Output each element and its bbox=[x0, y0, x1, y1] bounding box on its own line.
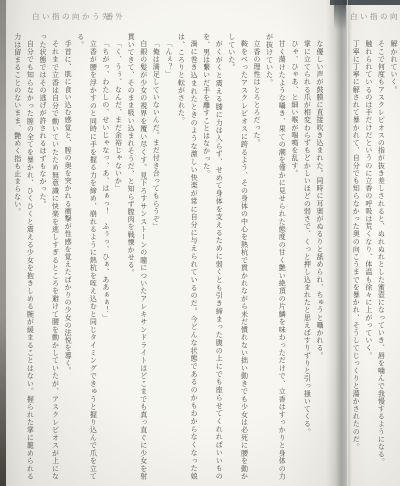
running-head-left-title: 白い指の向かう先 bbox=[32, 11, 112, 22]
gutter-highlight bbox=[347, 0, 348, 486]
running-head-right-title: 白い指の向かう先 bbox=[350, 11, 400, 22]
text-column: 「俺は満足していないんだ。まだ付き合ってもらうぞ」 bbox=[150, 33, 163, 480]
text-column: 手首に、肌に食い込む感覚と、膣の奥を突かれる衝撃が性感を覚えたばかりの少女の法悦… bbox=[62, 33, 75, 480]
text-column: 「ちがっ、わたしの、せいじゃなっ、あ、はぁっ！ ふぅっ、ひぁ、ああぁぁ！」 bbox=[99, 33, 112, 480]
running-head-left-marker: 番外 bbox=[106, 11, 124, 22]
text-column: 白銀の髪が少女の視界を覆い尽くす。見下ろすサンストーンの瞳についたアレキサンドラ… bbox=[125, 33, 150, 480]
text-column: がくがくと震える膝に力は入らず、せめて身体を支えるために弱くとも引き締まった腹の… bbox=[200, 33, 225, 480]
text-column: そこで何度もアスクレピオスの指が抜き差しされると、ぬれぬれとした蜜壺になっていき… bbox=[375, 33, 388, 480]
text-column: 立香の理性はとろとろだった。 bbox=[250, 33, 263, 480]
text-column: 甘く蕩けたような囁き、果ての潮を僅かに見せられた態度の甘く艶い絶頂の片鱗を味わっ… bbox=[263, 33, 288, 480]
text-column: ひゃ、ひゃあ、と細い喉が喘鳴を乱す。 bbox=[288, 33, 301, 480]
text-column: 鞍をべったアスクレピオスに跨るよう、その身体の中心を熱杭で貫かれながら未だ慣れな… bbox=[225, 33, 250, 480]
right-page-text: 解かれていく。そこで何度もアスクレピオスの指が抜き差しされると、ぬれぬれとした蜜… bbox=[350, 33, 400, 480]
left-page-text: な優しい声が鼓膜に直接吹き込まれた。同時に耳奥がぬるりと舐められ、ちゅうと囁かれ… bbox=[14, 33, 326, 480]
text-column: 触れられているのは手だけだというのに立香の呼吸は荒くなり、体温も徐々に上がってい… bbox=[362, 33, 375, 480]
text-column: それまで立香は自分で動いていたため無意識に快楽を逃しすぎるところを避けて腰を動か… bbox=[36, 33, 61, 480]
text-column: 渦に巻き込まれたときのような激しい快楽が常に自分に与えられているのだ。今どんな状… bbox=[175, 33, 200, 480]
text-column: 掌に立てられる爪が相変わらずもどかしいほどの弱さで、くっと押し込まれたと思えばす… bbox=[301, 33, 314, 480]
text-column: 「く、うぅ、なんだ、まだ余裕じゃないか」 bbox=[112, 33, 125, 480]
book-scan: 白い指の向かう先 番外 な優しい声が鼓膜に直接吹き込まれた。同時に耳奥がぬるりと… bbox=[0, 0, 400, 486]
text-column: な優しい声が鼓膜に直接吹き込まれた。同時に耳奥がぬるりと舐められ、ちゅうと囁かれ… bbox=[313, 33, 326, 480]
text-column: 立香が腰を浮かすのと同時に手を握る力を締め、崩れるように熱杭を咥え込むと同じタイ… bbox=[74, 33, 99, 480]
text-column: 解かれていく。 bbox=[387, 33, 400, 480]
text-column: 自分でも知らなかった膣の全てを暴かれ、ひくひくと震える少女を抱きしめる腕が緩まる… bbox=[14, 33, 36, 480]
text-column: 「んぇ？」 bbox=[162, 33, 175, 480]
gutter-shadow bbox=[326, 0, 352, 486]
text-column: 丁寧に丁寧に解されて暴かれて、自分でも知らなかった奥の向こうまでを暴かれ、そうし… bbox=[350, 33, 362, 480]
